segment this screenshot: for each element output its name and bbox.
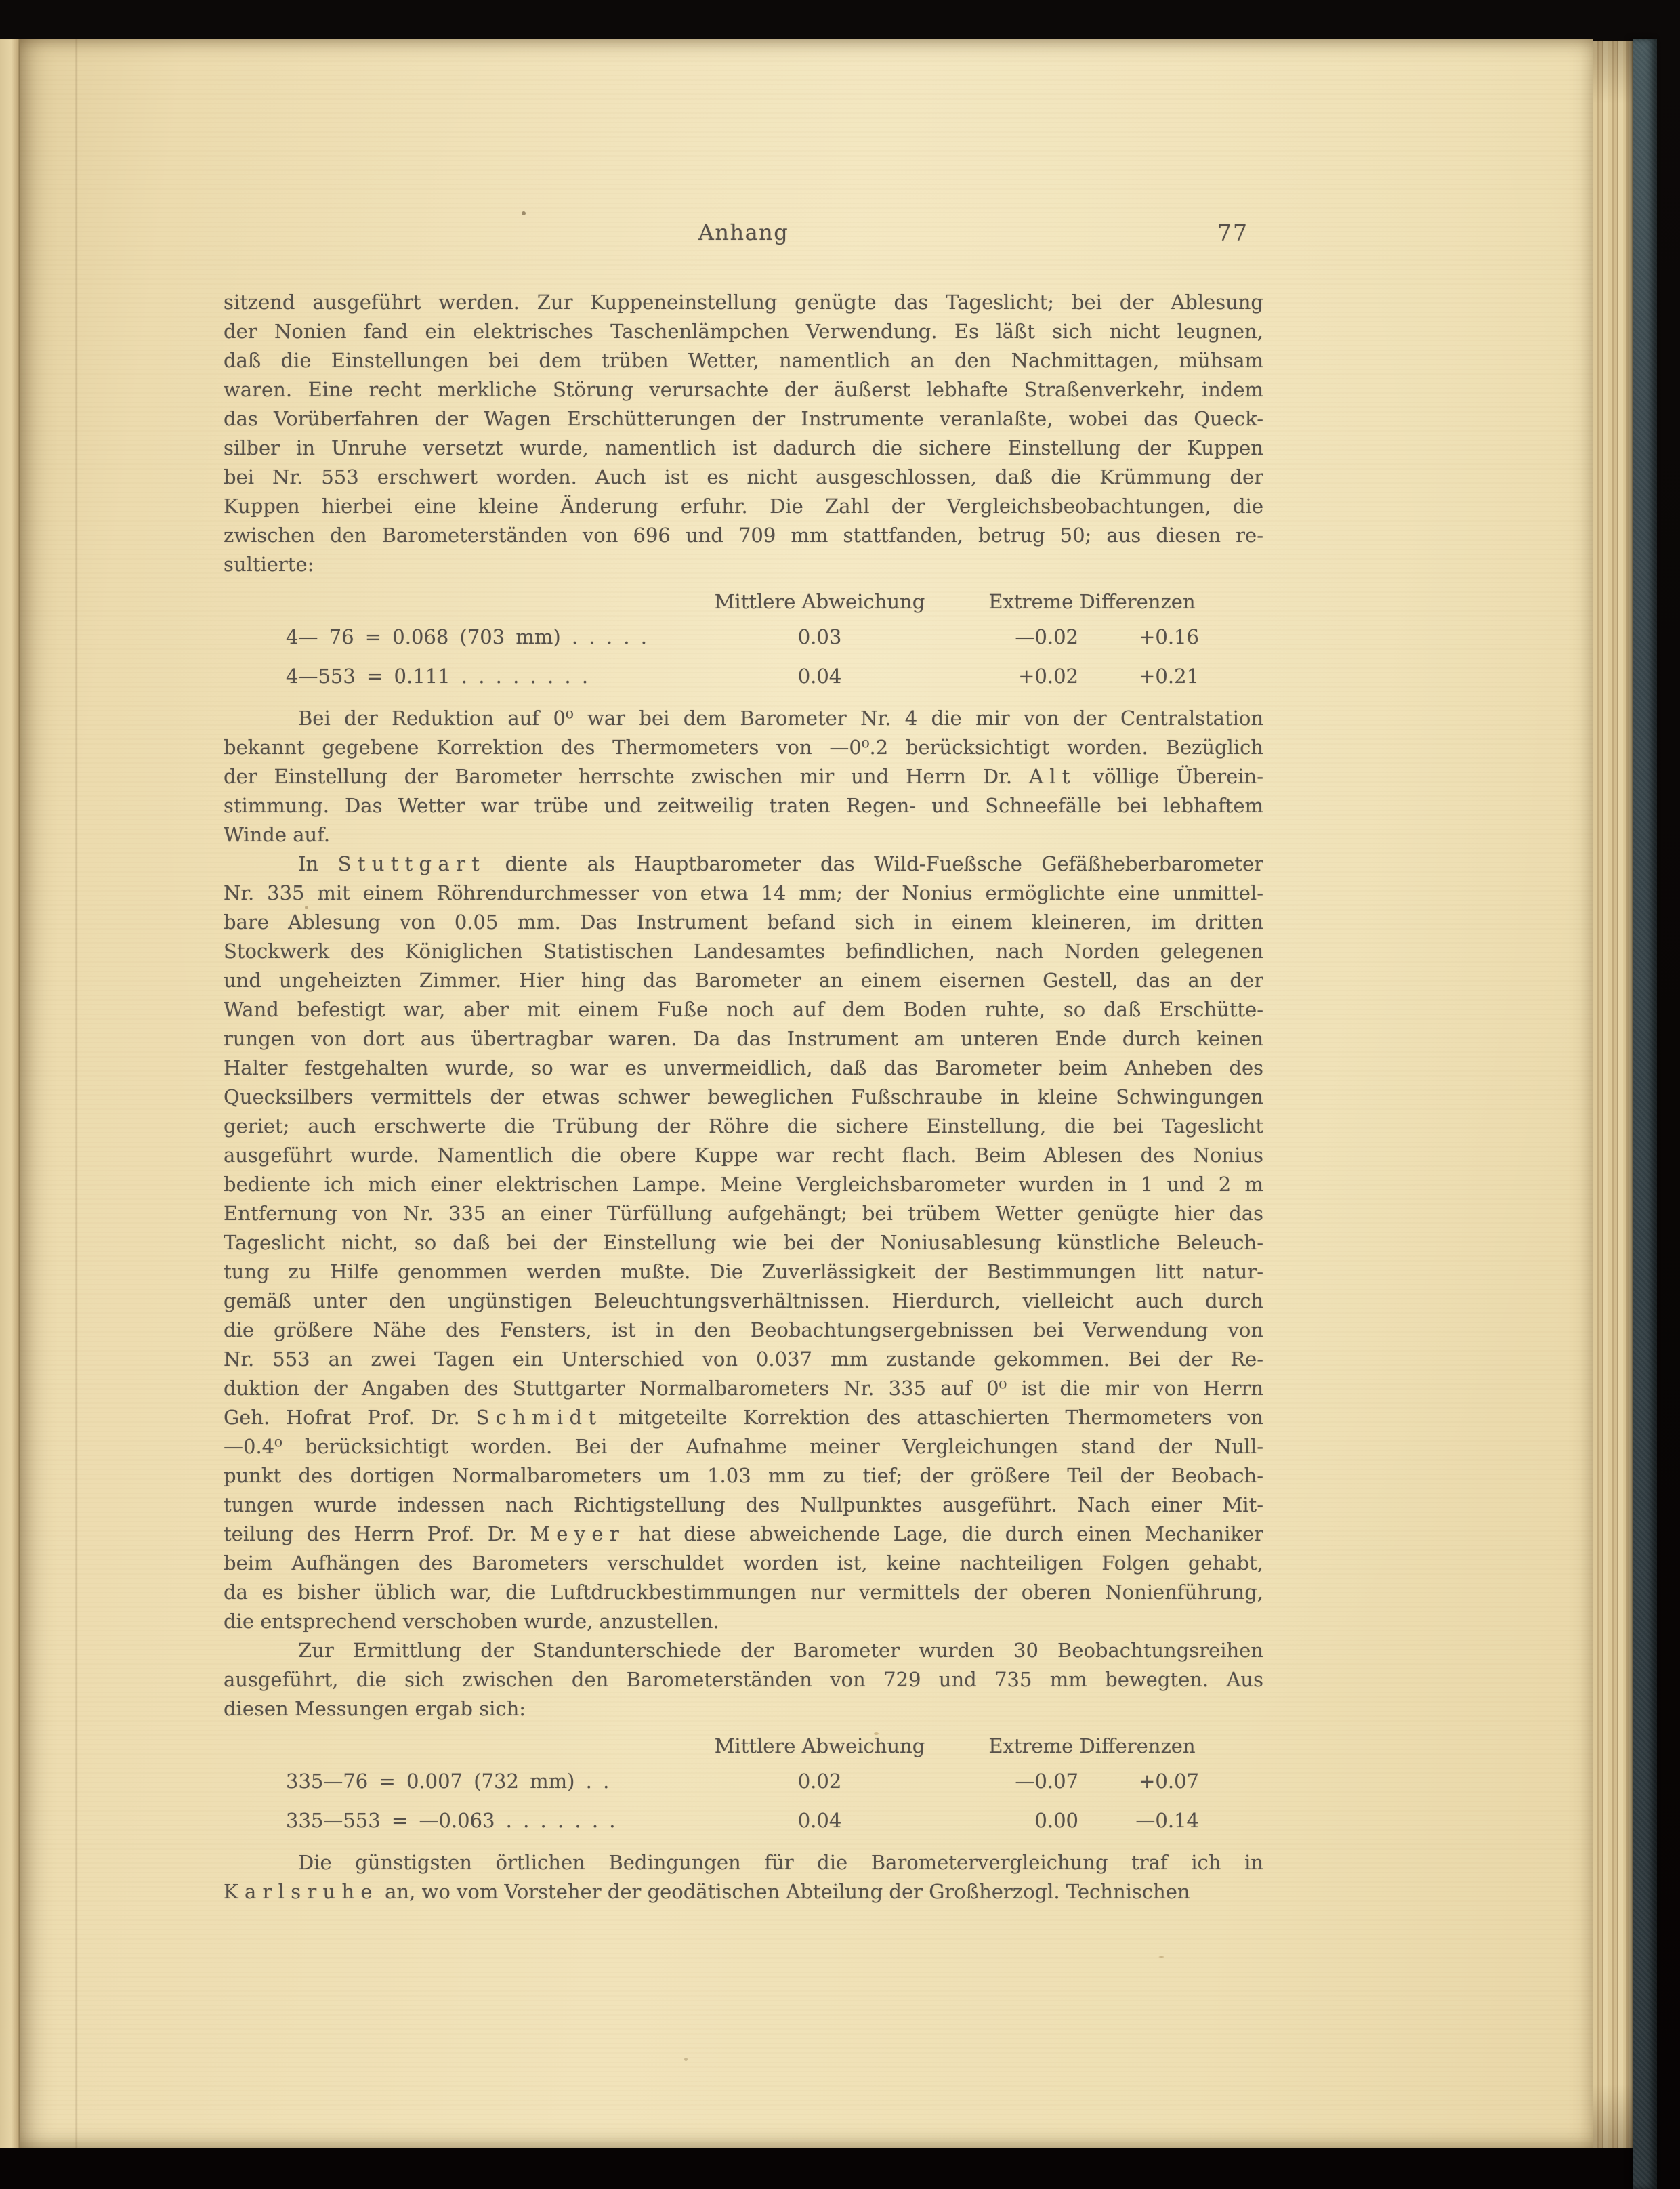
- page-speck: [684, 2058, 688, 2061]
- previous-page-edge: [0, 39, 20, 2148]
- page-crease: [75, 39, 78, 2148]
- mittlere-abweichung-value: 0.03: [798, 617, 842, 656]
- col-header-mittlere-abweichung: Mittlere Abweichung: [715, 1730, 925, 1761]
- text-line: bekannt gegebene Korrektion des Thermome…: [224, 733, 1263, 762]
- table-row: 335—76 = 0.007 (732 mm) . .0.02—0.07+0.0…: [224, 1761, 1263, 1801]
- row-label: 4— 76 = 0.068 (703 mm) . . . . .: [286, 625, 647, 648]
- text-line: Quecksilbers vermittels der etwas schwer…: [224, 1083, 1263, 1112]
- row-label: 335—553 = —0.063 . . . . . . .: [286, 1809, 616, 1832]
- text-line: sitzend ausgeführt werden. Zur Kuppenein…: [224, 288, 1263, 317]
- table-row: 335—553 = —0.063 . . . . . . .0.040.00—0…: [224, 1801, 1263, 1840]
- text-line: das Vorüberfahren der Wagen Erschütterun…: [224, 404, 1263, 434]
- letterspaced-name: Schmidt: [476, 1406, 603, 1429]
- text-line: beim Aufhängen des Barometers verschulde…: [224, 1549, 1263, 1578]
- text-line: daß die Einstellungen bei dem trüben Wet…: [224, 346, 1263, 375]
- comparison-table: Mittlere AbweichungExtreme Differenzen33…: [224, 1730, 1263, 1840]
- text-line: Kuppen hierbei eine kleine Änderung erfu…: [224, 492, 1263, 521]
- row-label: 4—553 = 0.111 . . . . . . . .: [286, 665, 588, 688]
- text-line: geriet; auch erschwerte die Trübung der …: [224, 1112, 1263, 1141]
- text-line: Die günstigsten örtlichen Bedingungen fü…: [224, 1848, 1263, 1877]
- text-line: Bei der Reduktion auf 0⁰ war bei dem Bar…: [224, 704, 1263, 733]
- scanned-book-photo: Anhang 77 sitzend ausgeführt werden. Zur…: [0, 0, 1680, 2189]
- text-line: Karlsruhe an, wo vom Vorsteher der geodä…: [224, 1877, 1263, 1906]
- text-line: bei Nr. 553 erschwert worden. Auch ist e…: [224, 463, 1263, 492]
- page-speck: [522, 211, 526, 215]
- mittlere-abweichung-value: 0.02: [798, 1761, 842, 1801]
- text-line: bediente ich mich einer elektrischen Lam…: [224, 1170, 1263, 1199]
- paragraph: In Stuttgart diente als Hauptbarometer d…: [224, 850, 1263, 1636]
- paragraph: Die günstigsten örtlichen Bedingungen fü…: [224, 1848, 1263, 1906]
- text-line: Halter festgehalten wurde, so war es unv…: [224, 1054, 1263, 1083]
- text-line: die größere Nähe des Fensters, ist in de…: [224, 1316, 1263, 1345]
- extreme-differenz-max: +0.21: [1139, 656, 1199, 696]
- extreme-differenz-max: +0.07: [1139, 1761, 1199, 1801]
- paragraph: Bei der Reduktion auf 0⁰ war bei dem Bar…: [224, 704, 1263, 850]
- text-line: bare Ablesung von 0.05 mm. Das Instrumen…: [224, 908, 1263, 937]
- table-row: 4— 76 = 0.068 (703 mm) . . . . .0.03—0.0…: [224, 617, 1263, 656]
- text-line: Stockwerk des Königlichen Statistischen …: [224, 937, 1263, 966]
- book-cover-edge: [1633, 39, 1657, 2189]
- text-line: sultierte:: [224, 550, 1263, 579]
- extreme-differenz-min: —0.02: [1015, 617, 1078, 656]
- extreme-differenz-max: +0.16: [1139, 617, 1199, 656]
- page-title: Anhang: [698, 218, 789, 247]
- page-header: Anhang 77: [224, 218, 1263, 247]
- text-line: gemäß unter den ungünstigen Beleuchtungs…: [224, 1287, 1263, 1316]
- text-line: Nr. 335 mit einem Röhrendurchmesser von …: [224, 879, 1263, 908]
- comparison-table: Mittlere AbweichungExtreme Differenzen4—…: [224, 586, 1263, 696]
- text-line: diesen Messungen ergab sich:: [224, 1694, 1263, 1724]
- extreme-differenz-min: +0.02: [1018, 656, 1078, 696]
- letterspaced-name: Karlsruhe: [224, 1880, 379, 1903]
- mittlere-abweichung-value: 0.04: [798, 1801, 842, 1840]
- text-line: Entfernung von Nr. 335 an einer Türfüllu…: [224, 1199, 1263, 1228]
- text-line: die entsprechend verschoben wurde, anzus…: [224, 1607, 1263, 1636]
- extreme-differenz-min: —0.07: [1015, 1761, 1078, 1801]
- letterspaced-name: Meyer: [530, 1522, 625, 1545]
- col-header-extreme-differenzen: Extreme Differenzen: [988, 586, 1195, 617]
- extreme-differenz-max: —0.14: [1135, 1801, 1199, 1840]
- table-header-row: Mittlere AbweichungExtreme Differenzen: [224, 1730, 1263, 1761]
- page-edges-stack: [1593, 41, 1633, 2148]
- text-line: waren. Eine recht merkliche Störung veru…: [224, 375, 1263, 404]
- paragraph: sitzend ausgeführt werden. Zur Kuppenein…: [224, 288, 1263, 579]
- col-header-extreme-differenzen: Extreme Differenzen: [988, 1730, 1195, 1761]
- text-line: da es bisher üblich war, die Luftdruckbe…: [224, 1578, 1263, 1607]
- text-line: Zur Ermittlung der Standunterschiede der…: [224, 1636, 1263, 1665]
- text-line: ausgeführt wurde. Namentlich die obere K…: [224, 1141, 1263, 1170]
- text-line: der Einstellung der Barometer herrschte …: [224, 762, 1263, 791]
- extreme-differenz-min: 0.00: [1034, 1801, 1078, 1840]
- text-line: punkt des dortigen Normalbarometers um 1…: [224, 1461, 1263, 1490]
- table-header-row: Mittlere AbweichungExtreme Differenzen: [224, 586, 1263, 617]
- book-page: Anhang 77 sitzend ausgeführt werden. Zur…: [20, 39, 1593, 2148]
- col-header-mittlere-abweichung: Mittlere Abweichung: [715, 586, 925, 617]
- text-line: stimmung. Das Wetter war trübe und zeitw…: [224, 791, 1263, 820]
- text-line: Tageslicht nicht, so daß bei der Einstel…: [224, 1228, 1263, 1257]
- text-line: rungen von dort aus übertragbar waren. D…: [224, 1024, 1263, 1054]
- text-line: zwischen den Barometerständen von 696 un…: [224, 521, 1263, 550]
- text-line: Winde auf.: [224, 820, 1263, 850]
- row-label: 335—76 = 0.007 (732 mm) . .: [286, 1770, 609, 1793]
- text-line: der Nonien fand ein elektrisches Taschen…: [224, 317, 1263, 346]
- text-line: ausgeführt, die sich zwischen den Barome…: [224, 1665, 1263, 1694]
- mittlere-abweichung-value: 0.04: [798, 656, 842, 696]
- text-line: Wand befestigt war, aber mit einem Fuße …: [224, 995, 1263, 1024]
- text-line: In Stuttgart diente als Hauptbarometer d…: [224, 850, 1263, 879]
- page-speck: [1158, 1956, 1164, 1958]
- letterspaced-name: Stuttgart: [338, 852, 486, 875]
- text-line: silber in Unruhe versetzt wurde, namentl…: [224, 434, 1263, 463]
- paragraph: Zur Ermittlung der Standunterschiede der…: [224, 1636, 1263, 1724]
- text-line: Nr. 553 an zwei Tagen ein Unterschied vo…: [224, 1345, 1263, 1374]
- text-line: duktion der Angaben des Stuttgarter Norm…: [224, 1374, 1263, 1403]
- page-number: 77: [1217, 218, 1248, 247]
- text-line: —0.4⁰ berücksichtigt worden. Bei der Auf…: [224, 1432, 1263, 1461]
- text-line: Geh. Hofrat Prof. Dr. Schmidt mitgeteilt…: [224, 1403, 1263, 1432]
- text-block: Anhang 77 sitzend ausgeführt werden. Zur…: [224, 218, 1263, 1906]
- page-content: sitzend ausgeführt werden. Zur Kuppenein…: [224, 288, 1263, 1906]
- text-line: und ungeheizten Zimmer. Hier hing das Ba…: [224, 966, 1263, 995]
- text-line: tung zu Hilfe genommen werden mußte. Die…: [224, 1257, 1263, 1287]
- text-line: tungen wurde indessen nach Richtigstellu…: [224, 1490, 1263, 1520]
- letterspaced-name: Alt: [1029, 765, 1076, 788]
- table-row: 4—553 = 0.111 . . . . . . . .0.04+0.02+0…: [224, 656, 1263, 696]
- text-line: teilung des Herrn Prof. Dr. Meyer hat di…: [224, 1520, 1263, 1549]
